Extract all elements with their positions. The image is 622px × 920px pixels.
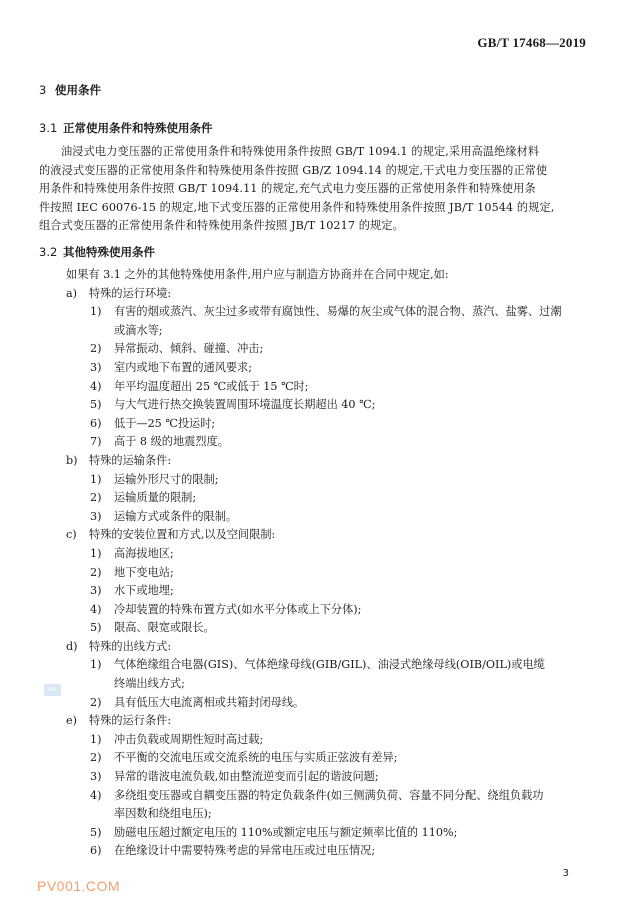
list-item-b: b)特殊的运输条件: xyxy=(39,452,584,471)
list-subitem: 3)室内或地下布置的通风要求; xyxy=(39,359,584,378)
list-subitem: 6)在绝缘设计中需要特殊考虑的异常电压或过电压情况; xyxy=(39,842,584,861)
section-title: 其他特殊使用条件 xyxy=(63,245,155,259)
section-number: 3 xyxy=(39,83,55,97)
list-subitem: 3)水下或地埋; xyxy=(39,582,584,601)
intro-text: 如果有 3.1 之外的其他特殊使用条件,用户应与制造方协商并在合同中规定,如: xyxy=(39,266,584,285)
list-item-e: e)特殊的运行条件: xyxy=(39,712,584,731)
section-title: 正常使用条件和特殊使用条件 xyxy=(63,121,213,135)
list-subitem: 2)异常振动、倾斜、碰撞、冲击; xyxy=(39,340,584,359)
section-number: 3.1 xyxy=(39,121,63,135)
side-logo: SAC xyxy=(44,684,61,696)
list-subitem-continuation: 终端出线方式; xyxy=(39,675,584,694)
section-title: 使用条件 xyxy=(55,83,101,97)
list-subitem: 2)地下变电站; xyxy=(39,564,584,583)
paragraph-line: 用条件和特殊使用条件按照 GB/T 1094.11 的规定,充气式电力变压器的正… xyxy=(39,180,579,199)
list-subitem: 4)多绕组变压器或自耦变压器的特定负载条件(如三侧满负荷、容量不同分配、绕组负载… xyxy=(39,787,584,806)
list-subitem: 6)低于—25 ℃投运时; xyxy=(39,415,584,434)
list-subitem: 2)运输质量的限制; xyxy=(39,489,584,508)
list-subitem: 5)限高、限宽或限长。 xyxy=(39,619,584,638)
section-3-1-heading: 3.1正常使用条件和特殊使用条件 xyxy=(39,120,213,136)
list-subitem-continuation: 或滴水等; xyxy=(39,322,584,341)
list-subitem: 1)有害的烟或蒸汽、灰尘过多或带有腐蚀性、易爆的灰尘或气体的混合物、蒸汽、盐雾、… xyxy=(39,303,584,322)
paragraph-line: 件按照 IEC 60076-15 的规定,地下式变压器的正常使用条件和特殊使用条… xyxy=(39,199,579,218)
list-subitem: 5)与大气进行热交换装置周围环境温度长期超出 40 ℃; xyxy=(39,396,584,415)
list-item-c: c)特殊的安装位置和方式,以及空间限制: xyxy=(39,526,584,545)
list-subitem: 5)励磁电压超过额定电压的 110%或额定电压与额定频率比值的 110%; xyxy=(39,824,584,843)
list-subitem: 2)不平衡的交流电压或交流系统的电压与实质正弦波有差异; xyxy=(39,749,584,768)
list-subitem-continuation: 率因数和绕组电压); xyxy=(39,805,584,824)
paragraph-line: 的液浸式变压器的正常使用条件和特殊使用条件按照 GB/Z 1094.14 的规定… xyxy=(39,162,579,181)
list-subitem: 1)运输外形尺寸的限制; xyxy=(39,471,584,490)
list-subitem: 3)运输方式或条件的限制。 xyxy=(39,508,584,527)
section-3-heading: 3使用条件 xyxy=(39,82,101,98)
section-3-1-paragraph: 油浸式电力变压器的正常使用条件和特殊使用条件按照 GB/T 1094.1 的规定… xyxy=(39,143,579,236)
list-subitem: 1)冲击负载或周期性短时高过载; xyxy=(39,731,584,750)
list-subitem: 1)气体绝缘组合电器(GIS)、气体绝缘母线(GIB/GIL)、油浸式绝缘母线(… xyxy=(39,656,584,675)
list-item-a: a)特殊的运行环境: xyxy=(39,285,584,304)
list-subitem: 3)异常的谐波电流负载,如由整流逆变而引起的谐波问题; xyxy=(39,768,584,787)
paragraph-line: 组合式变压器的正常使用条件和特殊使用条件按照 JB/T 10217 的规定。 xyxy=(39,217,579,236)
paragraph-line: 油浸式电力变压器的正常使用条件和特殊使用条件按照 GB/T 1094.1 的规定… xyxy=(39,143,579,162)
list-item-d: d)特殊的出线方式: xyxy=(39,638,584,657)
standard-code: GB/T 17468—2019 xyxy=(477,35,586,51)
list-subitem: 1)高海拔地区; xyxy=(39,545,584,564)
section-3-2-list: 如果有 3.1 之外的其他特殊使用条件,用户应与制造方协商并在合同中规定,如: … xyxy=(39,266,584,861)
list-subitem: 4)年平均温度超出 25 ℃或低于 15 ℃时; xyxy=(39,378,584,397)
watermark: PV001.COM xyxy=(37,878,120,894)
list-subitem: 7)高于 8 级的地震烈度。 xyxy=(39,433,584,452)
page-number: 3 xyxy=(563,868,569,879)
section-3-2-heading: 3.2其他特殊使用条件 xyxy=(39,244,155,260)
list-subitem: 2)具有低压大电流离相或共箱封闭母线。 xyxy=(39,694,584,713)
section-number: 3.2 xyxy=(39,245,63,259)
list-subitem: 4)冷却装置的特殊布置方式(如水平分体或上下分体); xyxy=(39,601,584,620)
